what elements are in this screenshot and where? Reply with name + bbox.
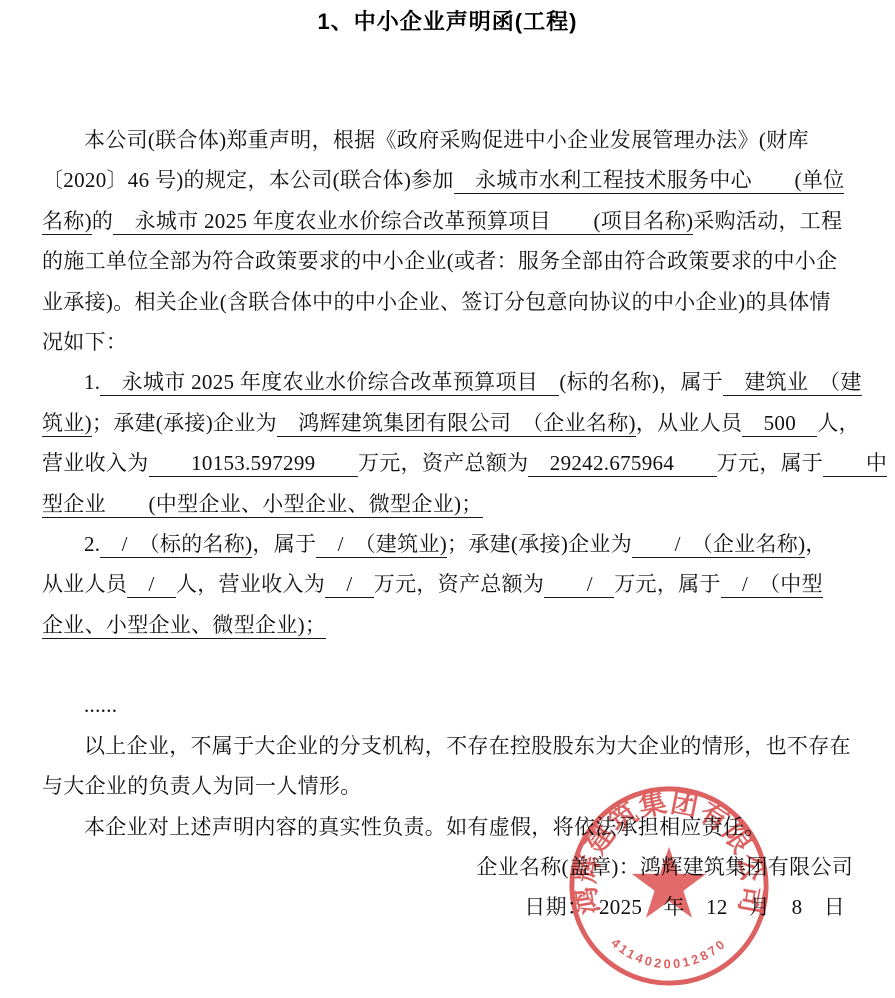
text-segment: 万元，属于	[717, 451, 824, 475]
text-line: 2. / （标的名称)，属于 / （建筑业)；承建(承接)企业为 / （企业名称…	[42, 524, 853, 564]
seal-number: 4114020012870	[608, 935, 729, 971]
text-line: 型企业 (中型企业、小型企业、微型企业)；	[42, 484, 853, 524]
filled-blank-segment: 永城市 2025 年度农业水价综合改革预算项目 (项目名称)	[113, 209, 693, 235]
svg-text:4114020012870: 4114020012870	[608, 935, 729, 971]
filled-blank-segment: 企业、小型企业、微型企业)；	[42, 613, 326, 639]
filled-blank-segment: 建筑业 （建	[723, 370, 862, 396]
text-line	[42, 645, 853, 685]
text-segment: 人，营业收入为	[176, 572, 325, 596]
text-line: ......	[42, 685, 853, 725]
filled-blank-segment: / （建筑业)	[316, 532, 447, 558]
text-segment: 的施工单位全部为符合政策要求的中小企业(或者：服务全部由符合政策要求的中小企	[42, 249, 837, 273]
text-segment: ，属于	[252, 532, 316, 556]
text-segment: 万元，资产总额为	[374, 572, 544, 596]
text-line: 企业、小型企业、微型企业)；	[42, 605, 853, 645]
filled-blank-segment: / （中型	[721, 572, 823, 598]
text-segment: 企业名称(盖章)：鸿辉建筑集团有限公司	[476, 855, 853, 879]
text-segment: 本企业对上述声明内容的真实性负责。如有虚假，将依法承担相应责任。	[84, 815, 766, 839]
text-segment: 从业人员	[42, 572, 127, 596]
text-line: 业承接)。相关企业(含联合体中的中小企业、签订分包意向协议的中小企业)的具体情	[42, 282, 853, 322]
filled-blank-segment: 10153.597299	[149, 451, 359, 477]
filled-blank-segment: 中	[823, 451, 887, 477]
text-line: 营业收入为 10153.597299 万元，资产总额为 29242.675964…	[42, 443, 853, 483]
filled-blank-segment: 29242.675964	[528, 451, 716, 477]
document-body: 本公司(联合体)郑重声明，根据《政府采购促进中小企业发展管理办法》(财库〔202…	[42, 120, 853, 928]
filled-blank-segment: /	[127, 572, 176, 598]
text-line: 况如下：	[42, 322, 853, 362]
title-gap	[0, 40, 895, 120]
filled-blank-segment: 500	[742, 411, 817, 437]
text-line: 〔2020〕46 号)的规定，本公司(联合体)参加 永城市水利工程技术服务中心 …	[42, 160, 853, 200]
text-segment: ，从业人员	[636, 411, 743, 435]
text-segment: 万元，资产总额为	[358, 451, 528, 475]
document-title: 1、中小企业声明函(工程)	[0, 0, 895, 40]
text-line: 与大企业的负责人为同一人情形。	[42, 766, 853, 806]
text-line: 以上企业，不属于大企业的分支机构，不存在控股股东为大企业的情形，也不存在	[42, 726, 853, 766]
text-segment: 况如下：	[42, 330, 127, 354]
text-line: 本公司(联合体)郑重声明，根据《政府采购促进中小企业发展管理办法》(财库	[42, 120, 853, 160]
text-line: 名称)的 永城市 2025 年度农业水价综合改革预算项目 (项目名称)采购活动，…	[42, 201, 853, 241]
filled-blank-segment: 永城市 2025 年度农业水价综合改革预算项目	[100, 370, 559, 396]
text-segment: ，	[805, 532, 826, 556]
filled-blank-segment: / （标的名称)	[100, 532, 252, 558]
text-line: 日期： 2025 年 12 月 8 日	[42, 887, 853, 927]
text-segment: 采购活动，工程	[693, 209, 842, 233]
text-segment: 与大企业的负责人为同一人情形。	[42, 774, 362, 798]
filled-blank-segment: 永城市水利工程技术服务中心 (单位	[454, 168, 845, 194]
text-segment: 2.	[84, 532, 100, 556]
filled-blank-segment: /	[325, 572, 374, 598]
text-segment: (标的名称)，属于	[559, 370, 723, 394]
text-line: 的施工单位全部为符合政策要求的中小企业(或者：服务全部由符合政策要求的中小企	[42, 241, 853, 281]
filled-blank-segment: /	[544, 572, 614, 598]
text-segment: ......	[84, 693, 117, 717]
text-segment: ；承建(承接)企业为	[92, 411, 277, 435]
text-line: 1. 永城市 2025 年度农业水价综合改革预算项目 (标的名称)，属于 建筑业…	[42, 362, 853, 402]
filled-blank-segment: / （企业名称)	[632, 532, 805, 558]
text-segment: 业承接)。相关企业(含联合体中的中小企业、签订分包意向协议的中小企业)的具体情	[42, 290, 831, 314]
text-line: 筑业)；承建(承接)企业为 鸿辉建筑集团有限公司 （企业名称)，从业人员 500…	[42, 403, 853, 443]
text-segment: 日期： 2025 年 12 月 8 日	[524, 895, 845, 919]
text-segment: 人，	[817, 411, 860, 435]
text-segment: ；承建(承接)企业为	[447, 532, 632, 556]
text-segment: 以上企业，不属于大企业的分支机构，不存在控股股东为大企业的情形，也不存在	[84, 734, 851, 758]
filled-blank-segment: 鸿辉建筑集团有限公司 （企业名称)	[277, 411, 636, 437]
filled-blank-segment: 型企业 (中型企业、小型企业、微型企业)；	[42, 492, 483, 518]
filled-blank-segment: 名称)	[42, 209, 92, 235]
text-line: 企业名称(盖章)：鸿辉建筑集团有限公司	[42, 847, 853, 887]
text-segment: 〔2020〕46 号)的规定，本公司(联合体)参加	[42, 168, 454, 192]
text-line: 从业人员 / 人，营业收入为 / 万元，资产总额为 / 万元，属于 / （中型	[42, 564, 853, 604]
filled-blank-segment: 筑业)	[42, 411, 92, 437]
text-segment: 1.	[84, 370, 100, 394]
text-segment: 的	[92, 209, 113, 233]
text-segment: 万元，属于	[614, 572, 721, 596]
text-segment: 营业收入为	[42, 451, 149, 475]
text-line: 本企业对上述声明内容的真实性负责。如有虚假，将依法承担相应责任。	[42, 807, 853, 847]
declaration-document-page: 1、中小企业声明函(工程) 本公司(联合体)郑重声明，根据《政府采购促进中小企业…	[0, 0, 895, 998]
text-segment: 本公司(联合体)郑重声明，根据《政府采购促进中小企业发展管理办法》(财库	[84, 128, 809, 152]
